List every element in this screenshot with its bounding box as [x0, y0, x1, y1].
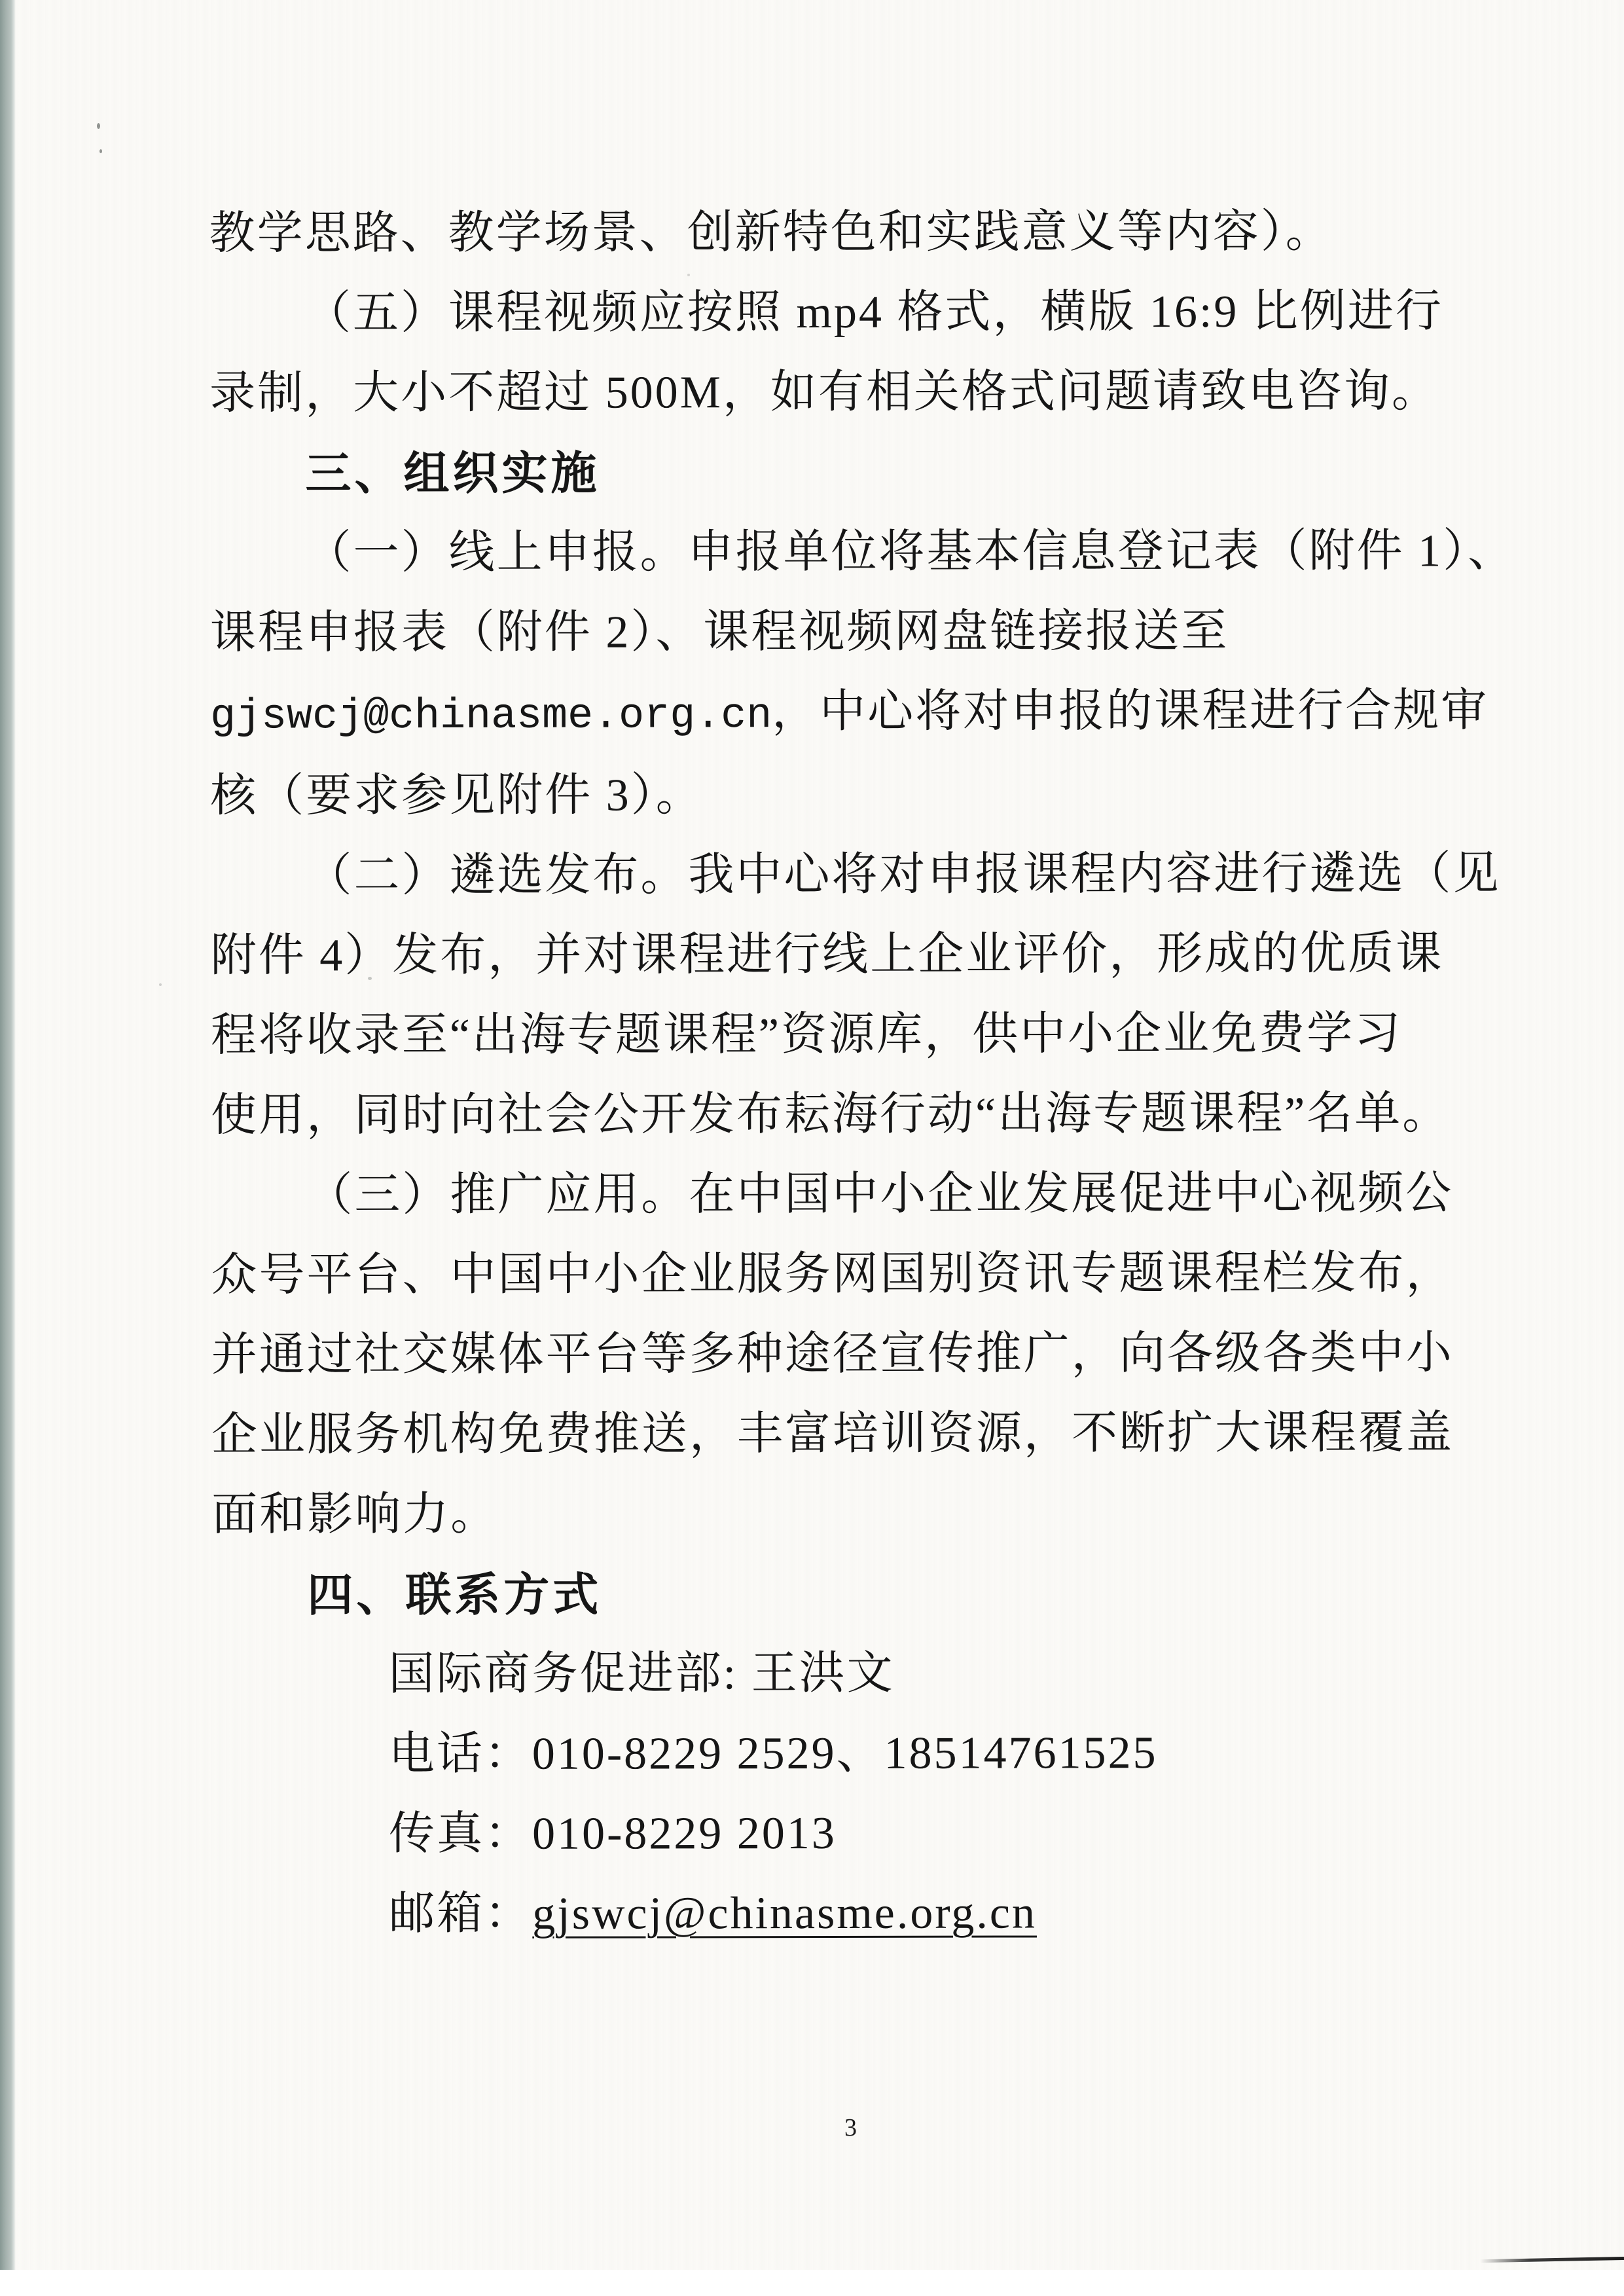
contact-phone-line: 电话：010-8229 2529、18514761525: [212, 1713, 1456, 1795]
section-heading-organization: 三、组织实施: [209, 431, 1453, 513]
contact-email-label: 邮箱：: [389, 1889, 532, 1939]
contact-fax-value: 010-8229 2013: [532, 1808, 837, 1859]
email-text: gjswcj@chinasme.org.cn: [210, 691, 772, 740]
document-line: 并通过社交媒体平台等多种途径宣传推广，向各级各类中小: [211, 1313, 1455, 1395]
contact-department-text: 国际商务促进部: 王洪文: [389, 1649, 895, 1700]
contact-phone-label: 电话：: [389, 1729, 532, 1779]
section-heading-contact: 四、联系方式: [211, 1553, 1455, 1635]
document-line: 附件 4）发布，并对课程进行线上企业评价，形成的优质课: [211, 914, 1454, 996]
document-line: 核（要求参见附件 3）。: [210, 754, 1454, 836]
document-line-text: ，中心将对申报的课程进行合规审: [772, 685, 1489, 737]
document-body: 教学思路、教学场景、创新特色和实践意义等内容）。 （五）课程视频应按照 mp4 …: [209, 192, 1456, 1954]
scan-speck: [99, 149, 102, 153]
document-line: 课程申报表（附件 2）、课程视频网盘链接报送至: [210, 591, 1454, 673]
scanned-page: 教学思路、教学场景、创新特色和实践意义等内容）。 （五）课程视频应按照 mp4 …: [0, 0, 1624, 2270]
page-number: 3: [844, 2113, 857, 2142]
document-line: 使用，同时向社会公开发布耘海行动“出海专题课程”名单。: [211, 1074, 1454, 1156]
document-line: （三）推广应用。在中国中小企业发展促进中心视频公: [211, 1154, 1454, 1235]
contact-email-line: 邮箱：gjswcj@chinasme.org.cn: [212, 1872, 1456, 1954]
document-line: （一）线上申报。申报单位将基本信息登记表（附件 1）、: [210, 511, 1454, 593]
scan-edge-strip: [0, 0, 16, 2270]
document-line: 教学思路、教学场景、创新特色和实践意义等内容）。: [209, 192, 1453, 274]
scan-speck: [97, 123, 100, 129]
document-line: 企业服务机构免费推送，丰富培训资源，不断扩大课程覆盖: [211, 1393, 1455, 1475]
document-line: 程将收录至“出海专题课程”资源库，供中小企业免费学习: [211, 994, 1454, 1076]
scan-speck: [368, 977, 372, 980]
document-line: gjswcj@chinasme.org.cn，中心将对申报的课程进行合规审: [210, 671, 1454, 756]
document-line: （二）遴选发布。我中心将对申报课程内容进行遴选（见: [210, 834, 1454, 916]
scan-bottom-margin: [0, 2270, 1624, 2296]
contact-fax-line: 传真：010-8229 2013: [212, 1793, 1456, 1874]
document-line: 录制，大小不超过 500M，如有相关格式问题请致电咨询。: [209, 352, 1453, 433]
scan-speck: [159, 983, 162, 986]
document-line: 众号平台、中国中小企业服务网国别资讯专题课程栏发布，: [211, 1233, 1454, 1315]
contact-phone-value: 010-8229 2529、18514761525: [532, 1728, 1158, 1779]
document-line: （五）课程视频应按照 mp4 格式，横版 16:9 比例进行: [209, 272, 1453, 354]
email-link: gjswcj@chinasme.org.cn: [532, 1887, 1037, 1939]
contact-department-line: 国际商务促进部: 王洪文: [211, 1633, 1455, 1715]
document-line: 面和影响力。: [211, 1473, 1455, 1555]
scan-speck: [687, 274, 690, 276]
contact-fax-label: 传真：: [389, 1809, 532, 1859]
